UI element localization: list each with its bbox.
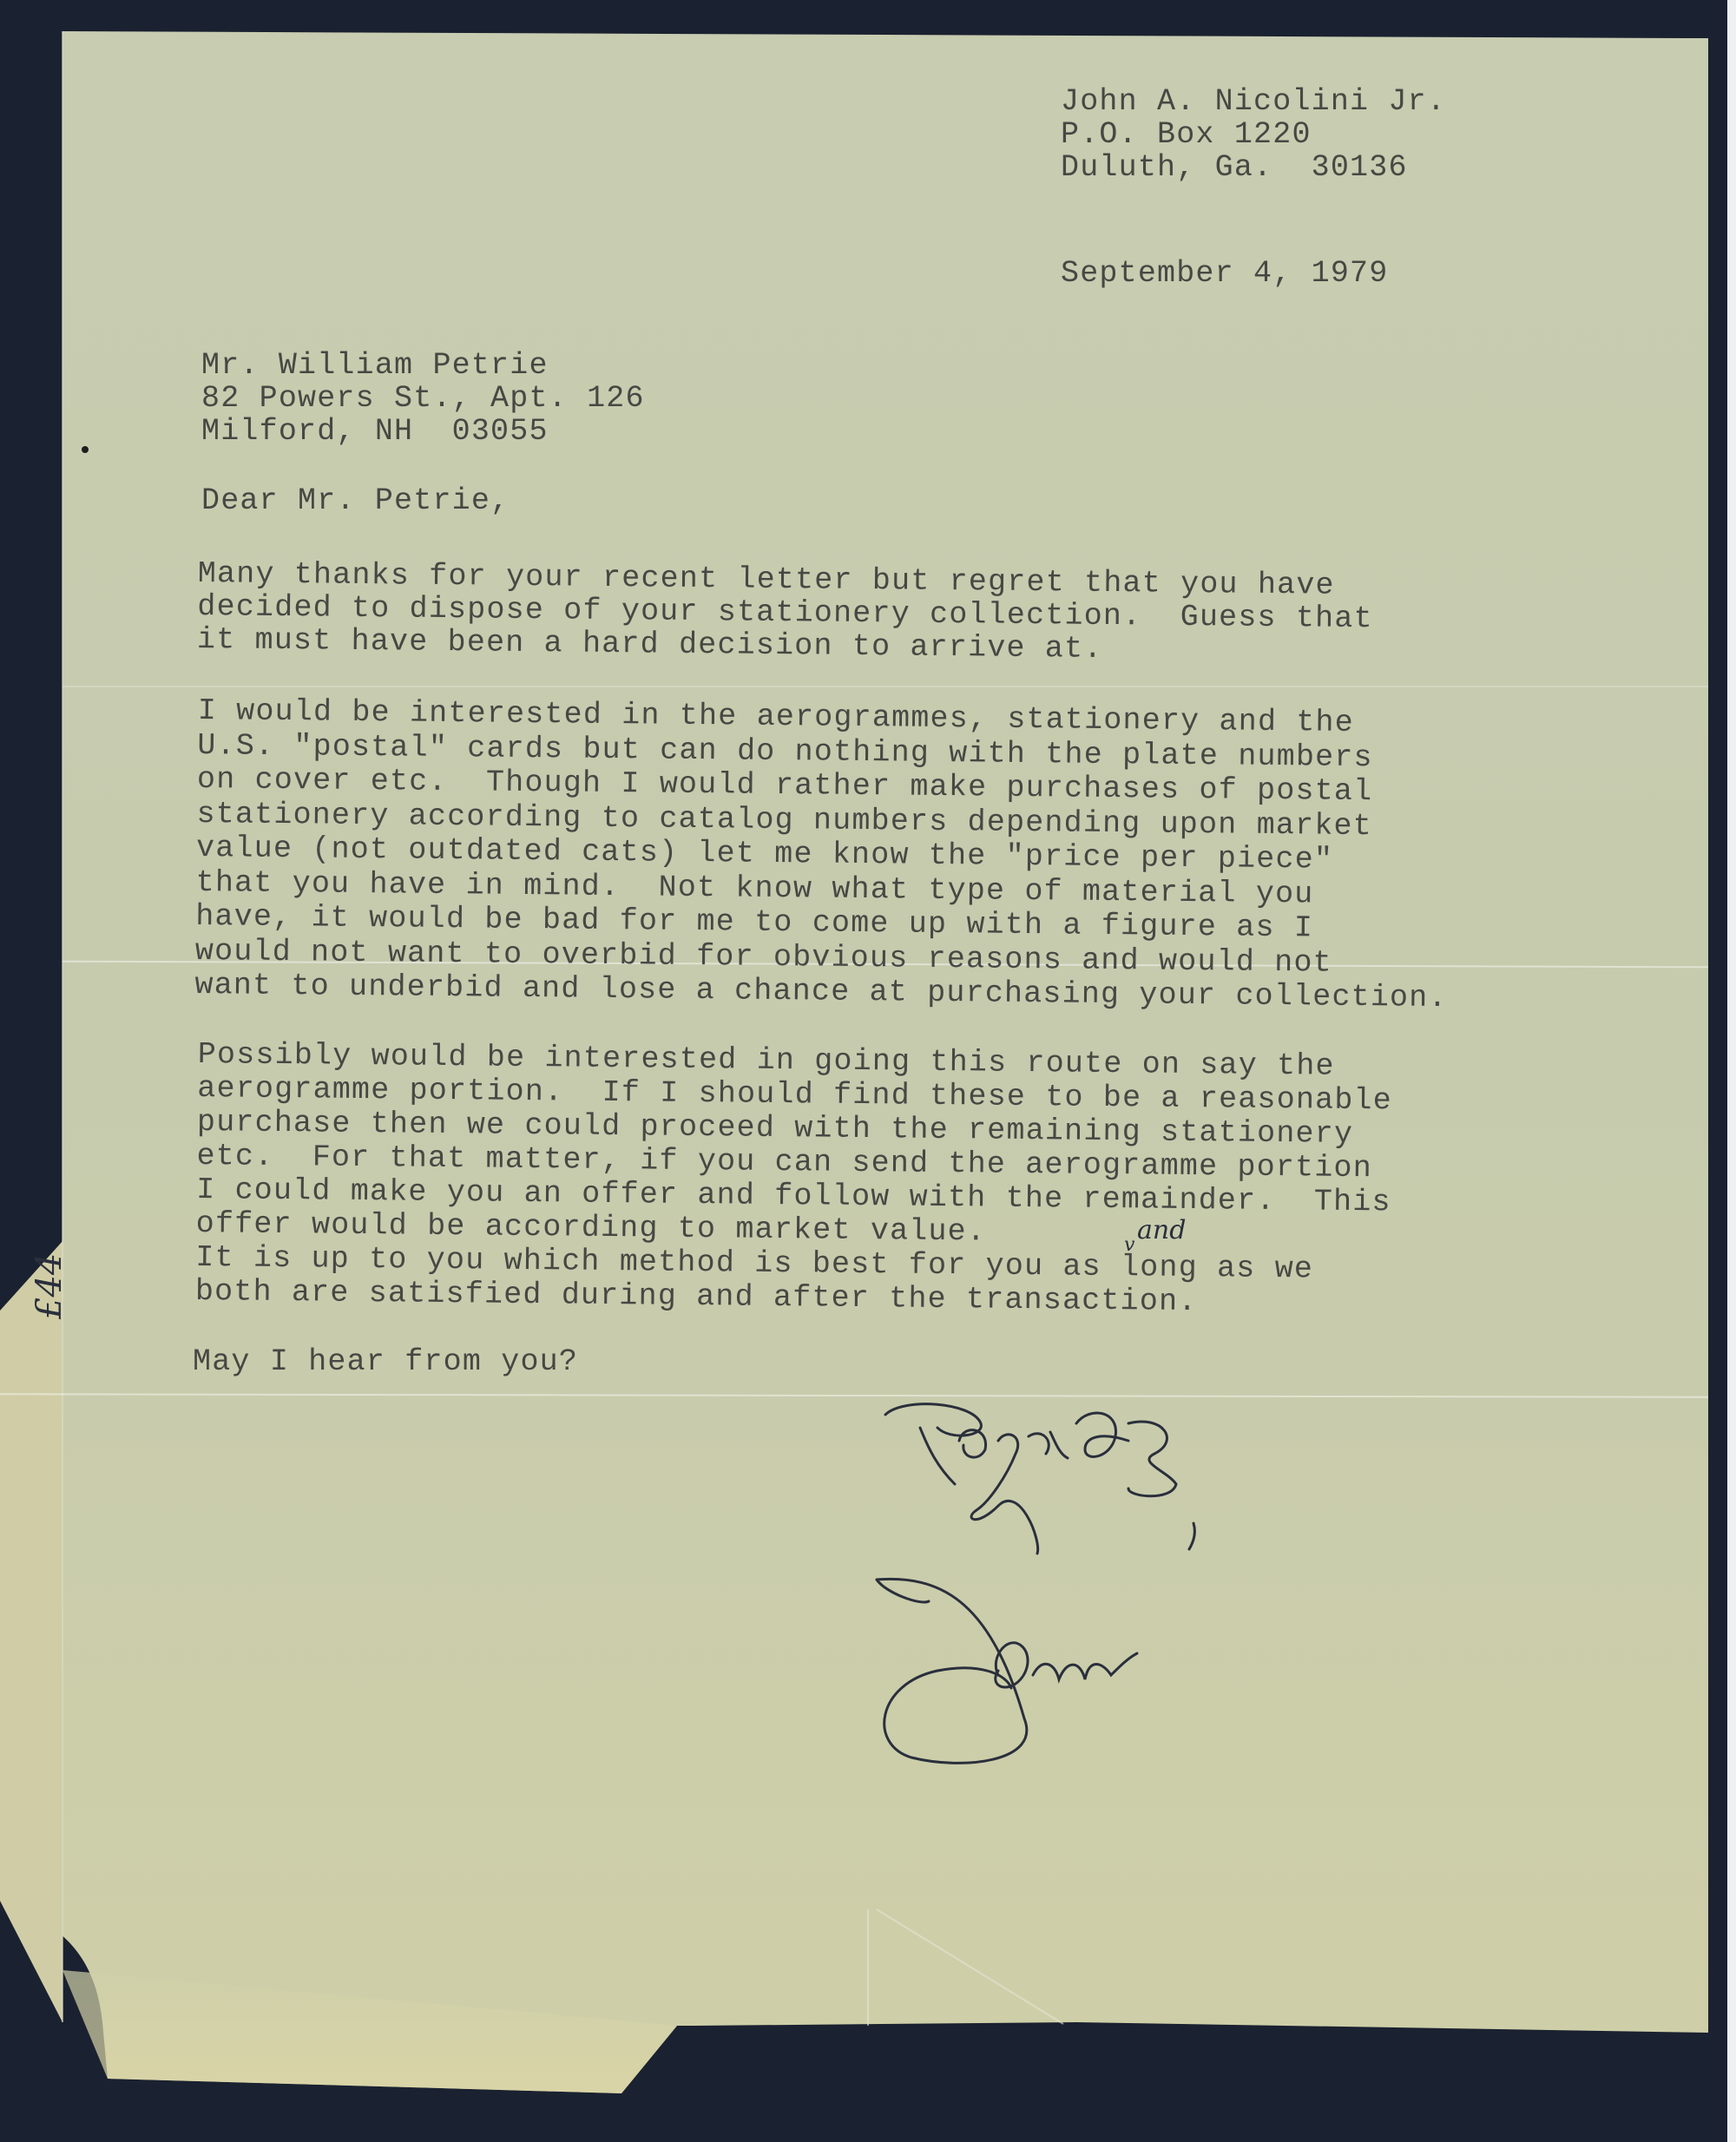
insertion-caret-mark: v — [1124, 1234, 1134, 1256]
sender-address-block: John A. Nicolini Jr.P.O. Box 1220Duluth,… — [1061, 85, 1446, 184]
recipient-address-line1: 82 Powers St., Apt. 126 — [201, 382, 645, 415]
sender-name: John A. Nicolini Jr. — [1061, 85, 1446, 118]
recipient-address-line2: Milford, NH 03055 — [201, 415, 645, 448]
closing-question: May I hear from you? — [193, 1345, 578, 1378]
paragraph-3: Possibly would be interested in going th… — [195, 1038, 1393, 1321]
recipient-name: Mr. William Petrie — [201, 349, 645, 382]
letter-date: September 4, 1979 — [1061, 257, 1388, 290]
sender-address-line1: P.O. Box 1220 — [1061, 118, 1446, 151]
handwritten-valediction-regards: Regards, — [868, 1389, 1267, 1580]
handwritten-signature-john: John — [859, 1562, 1207, 1788]
salutation: Dear Mr. Petrie, — [201, 484, 510, 517]
handwritten-insertion: and — [1137, 1215, 1186, 1245]
letter-paper: John A. Nicolini Jr.P.O. Box 1220Duluth,… — [0, 0, 1736, 2142]
fold-crease-faint — [62, 686, 1708, 687]
paragraph-1: Many thanks for your recent letter but r… — [197, 557, 1374, 668]
ink-speck — [82, 446, 89, 453]
paragraph-2: I would be interested in the aerogrammes… — [194, 694, 1450, 1016]
margin-price-note: £44 — [30, 1253, 69, 1319]
sender-address-line2: Duluth, Ga. 30136 — [1061, 151, 1446, 184]
recipient-address-block: Mr. William Petrie82 Powers St., Apt. 12… — [201, 349, 645, 448]
